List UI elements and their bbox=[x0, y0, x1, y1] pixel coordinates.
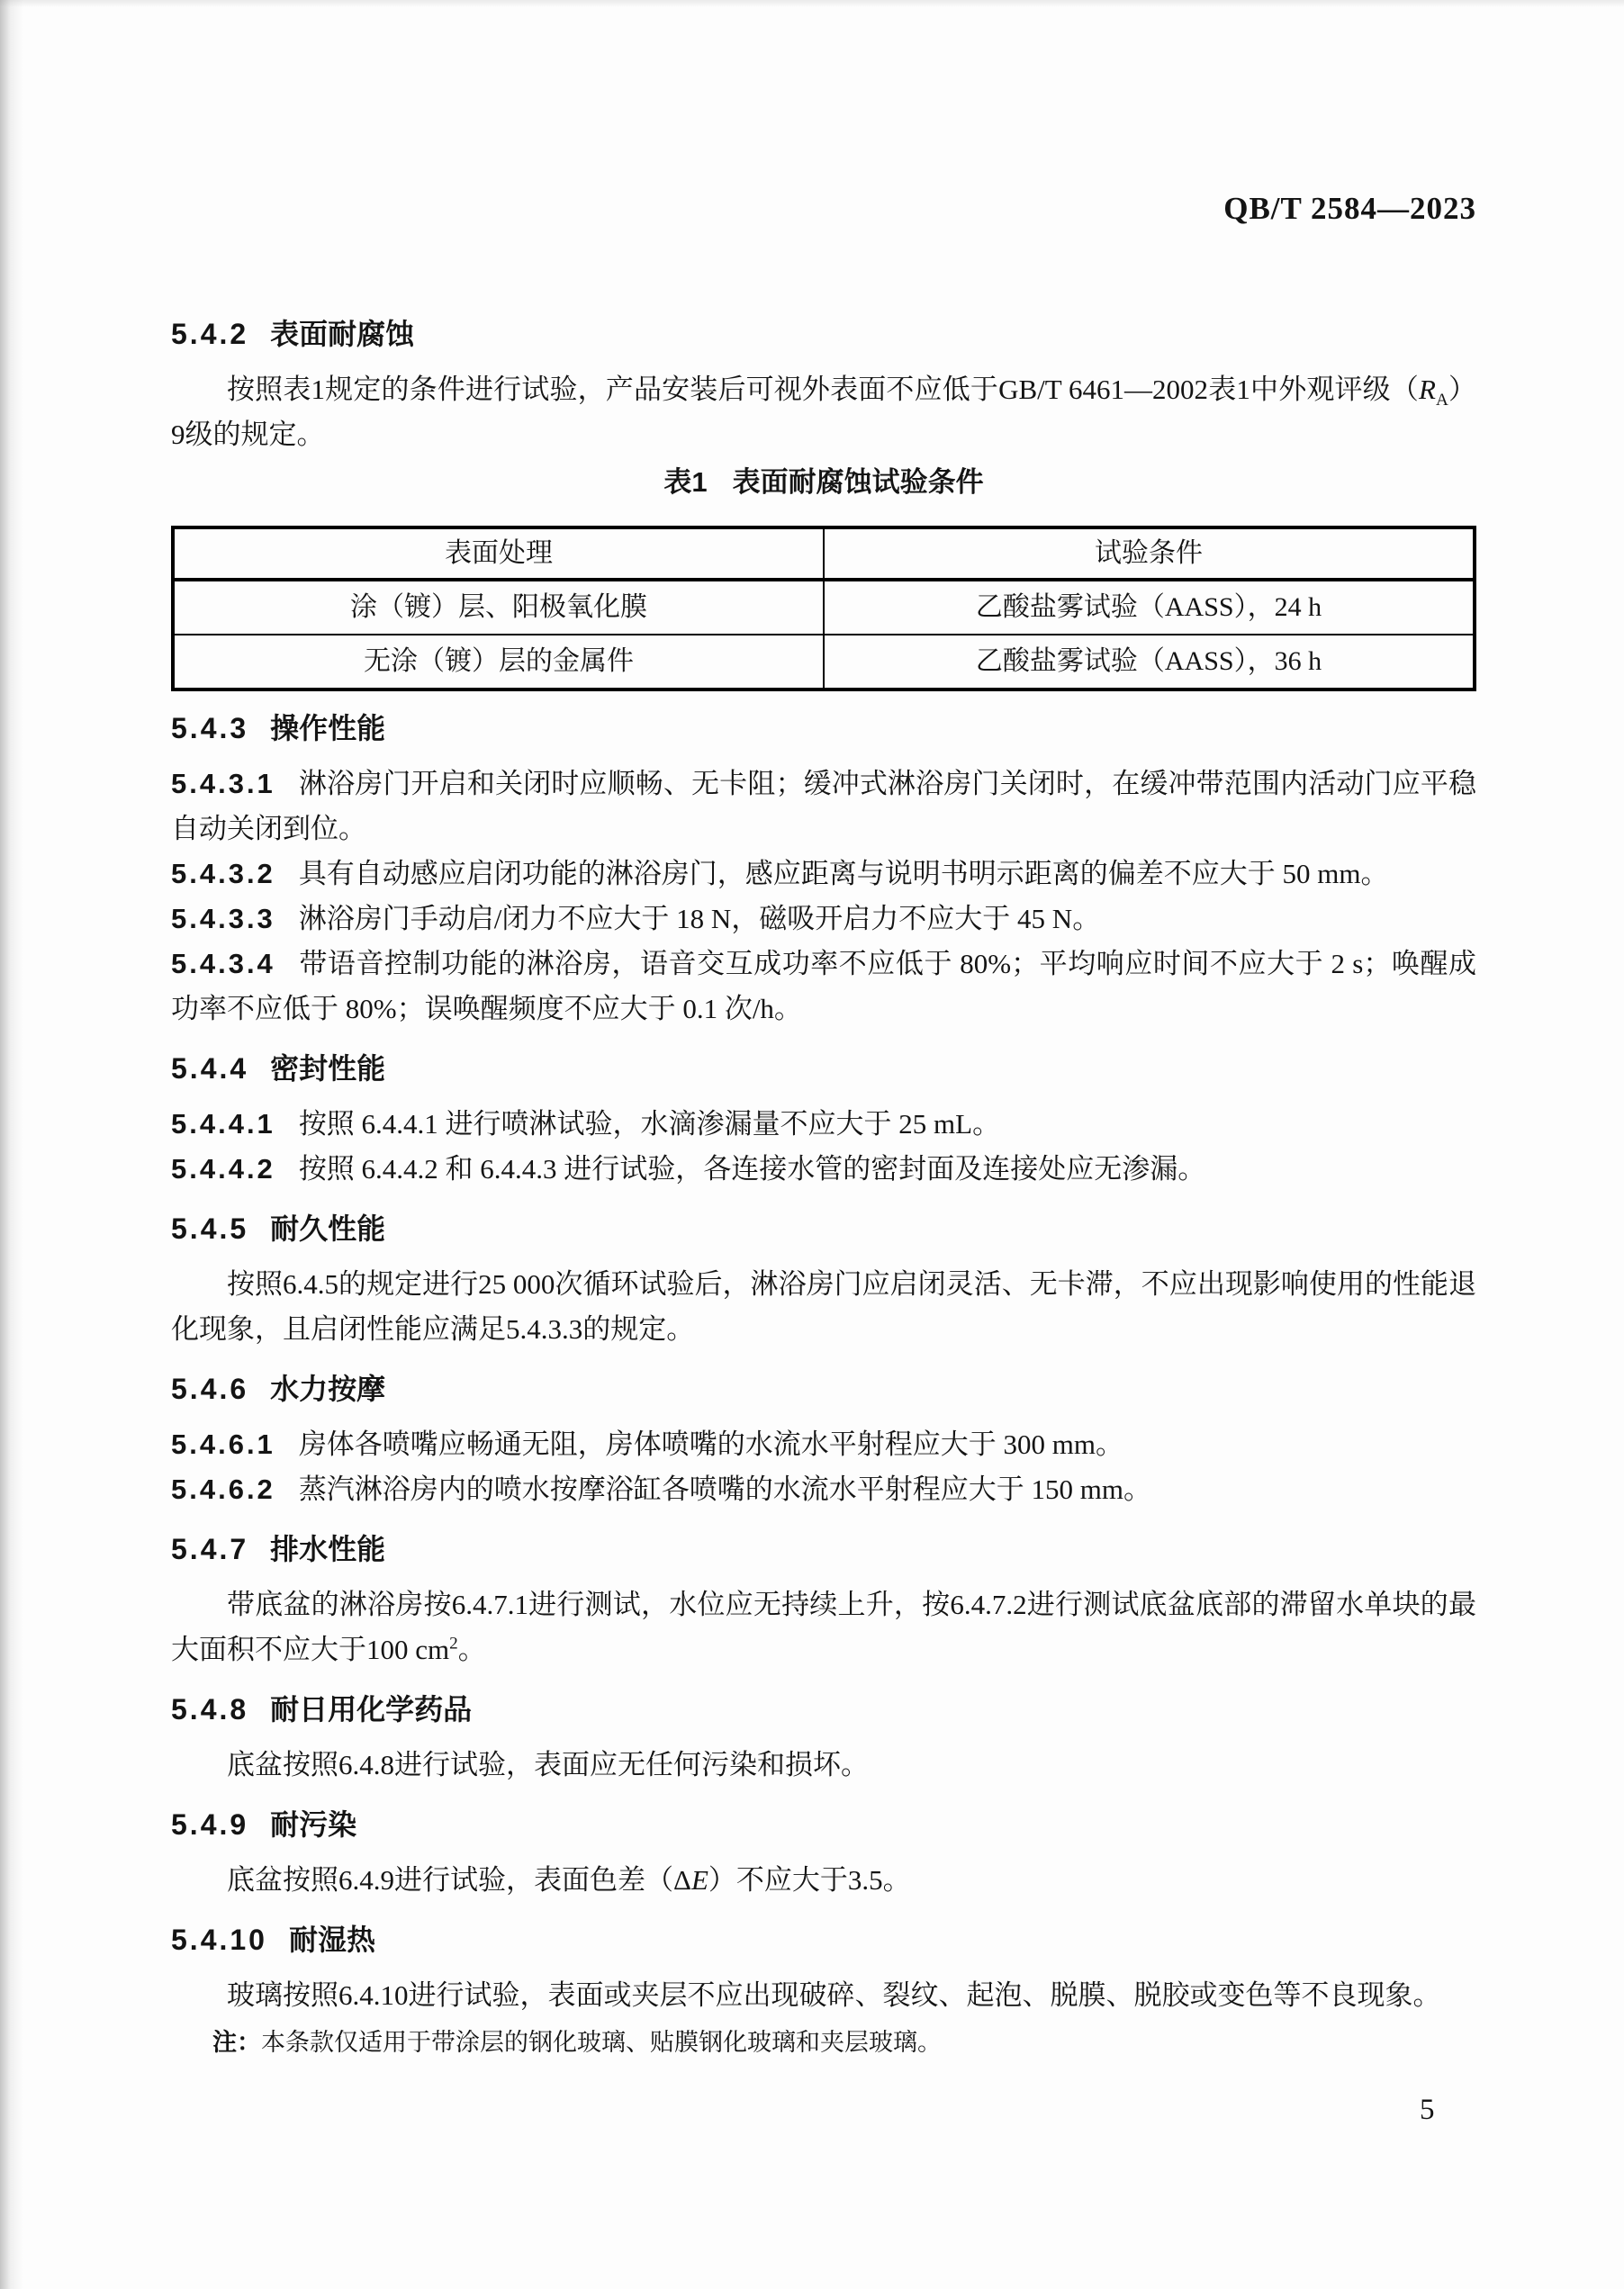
text-run: A bbox=[1436, 391, 1448, 410]
section-heading: 5.4.7排水性能 bbox=[171, 1527, 1476, 1572]
section-title: 耐久性能 bbox=[270, 1212, 385, 1245]
corrosion-test-table: 表面处理试验条件涂（镀）层、阳极氧化膜乙酸盐雾试验（AASS），24 h无涂（镀… bbox=[171, 526, 1476, 691]
text-run: 淋浴房门手动启/闭力不应大于 18 N，磁吸开启力不应大于 45 N。 bbox=[299, 903, 1100, 934]
section-title: 排水性能 bbox=[270, 1533, 385, 1565]
document-page: QB/T 2584—2023 5.4.2表面耐腐蚀按照表1规定的条件进行试验，产… bbox=[0, 0, 1624, 2289]
clause-number: 5.4.3.4 bbox=[171, 948, 275, 979]
text-run: 2 bbox=[449, 1635, 458, 1654]
clause-number: 5.4.4.1 bbox=[171, 1108, 275, 1140]
clause: 5.4.4.1按照 6.4.4.1 进行喷淋试验，水滴渗漏量不应大于 25 mL… bbox=[171, 1102, 1476, 1147]
scan-left-shade bbox=[0, 0, 23, 2289]
section-number: 5.4.9 bbox=[171, 1808, 248, 1841]
paragraph: 玻璃按照6.4.10进行试验，表面或夹层不应出现破碎、裂纹、起泡、脱膜、脱胶或变… bbox=[171, 1973, 1476, 2018]
clause: 5.4.6.2蒸汽淋浴房内的喷水按摩浴缸各喷嘴的水流水平射程应大于 150 mm… bbox=[171, 1467, 1476, 1512]
table-body: 涂（镀）层、阳极氧化膜乙酸盐雾试验（AASS），24 h无涂（镀）层的金属件乙酸… bbox=[173, 580, 1475, 689]
clause-number: 5.4.3.3 bbox=[171, 903, 275, 934]
section-number: 5.4.5 bbox=[171, 1212, 248, 1245]
section-heading: 5.4.6水力按摩 bbox=[171, 1366, 1476, 1411]
document-body: 5.4.2表面耐腐蚀按照表1规定的条件进行试验，产品安装后可视外表面不应低于GB… bbox=[171, 297, 1476, 2061]
text-run: 按照表1规定的条件进行试验，产品安装后可视外表面不应低于GB/T 6461—20… bbox=[227, 374, 1419, 405]
clause-number: 5.4.6.1 bbox=[171, 1428, 275, 1460]
text-run: 房体各喷嘴应畅通无阻，房体喷嘴的水流水平射程应大于 300 mm。 bbox=[299, 1428, 1123, 1460]
clause: 5.4.3.3淋浴房门手动启/闭力不应大于 18 N，磁吸开启力不应大于 45 … bbox=[171, 897, 1476, 942]
section-title: 表面耐腐蚀 bbox=[270, 318, 414, 350]
text-run: 底盆按照6.4.8进行试验，表面应无任何污染和损坏。 bbox=[227, 1749, 869, 1780]
text-run: 本条款仅适用于带涂层的钢化玻璃、贴膜钢化玻璃和夹层玻璃。 bbox=[261, 2029, 942, 2056]
table-caption: 表1表面耐腐蚀试验条件 bbox=[171, 459, 1476, 506]
section-number: 5.4.6 bbox=[171, 1373, 248, 1405]
table-header-row: 表面处理试验条件 bbox=[173, 527, 1475, 580]
clause: 5.4.6.1房体各喷嘴应畅通无阻，房体喷嘴的水流水平射程应大于 300 mm。 bbox=[171, 1422, 1476, 1467]
text-run: ）不应大于3.5。 bbox=[708, 1864, 911, 1896]
section-heading: 5.4.9耐污染 bbox=[171, 1802, 1476, 1847]
section-number: 5.4.3 bbox=[171, 712, 248, 744]
table-cell: 乙酸盐雾试验（AASS），24 h bbox=[824, 580, 1475, 635]
table1-block: 表1表面耐腐蚀试验条件表面处理试验条件涂（镀）层、阳极氧化膜乙酸盐雾试验（AAS… bbox=[171, 459, 1476, 691]
text-run: 按照6.4.5的规定进行25 000次循环试验后，淋浴房门应启闭灵活、无卡滞，不… bbox=[171, 1268, 1476, 1345]
section-heading: 5.4.2表面耐腐蚀 bbox=[171, 311, 1476, 356]
paragraph: 按照6.4.5的规定进行25 000次循环试验后，淋浴房门应启闭灵活、无卡滞，不… bbox=[171, 1262, 1476, 1352]
section-number: 5.4.8 bbox=[171, 1693, 248, 1726]
section-heading: 5.4.3操作性能 bbox=[171, 706, 1476, 751]
clause: 5.4.3.2具有自动感应启闭功能的淋浴房门，感应距离与说明书明示距离的偏差不应… bbox=[171, 852, 1476, 897]
section-heading: 5.4.4密封性能 bbox=[171, 1046, 1476, 1091]
scan-top-shade bbox=[0, 0, 1624, 7]
section-number: 5.4.7 bbox=[171, 1533, 248, 1565]
section-heading: 5.4.5耐久性能 bbox=[171, 1206, 1476, 1251]
section-title: 耐湿热 bbox=[289, 1924, 375, 1956]
clause: 5.4.3.4带语音控制功能的淋浴房，语音交互成功率不应低于 80%；平均响应时… bbox=[171, 942, 1476, 1032]
text-run: 按照 6.4.4.2 和 6.4.4.3 进行试验，各连接水管的密封面及连接处应… bbox=[299, 1153, 1206, 1185]
table-cell: 涂（镀）层、阳极氧化膜 bbox=[173, 580, 824, 635]
text-run: 具有自动感应启闭功能的淋浴房门，感应距离与说明书明示距离的偏差不应大于 50 m… bbox=[299, 858, 1389, 889]
text-run: 蒸汽淋浴房内的喷水按摩浴缸各喷嘴的水流水平射程应大于 150 mm。 bbox=[299, 1473, 1151, 1505]
text-run: 玻璃按照6.4.10进行试验，表面或夹层不应出现破碎、裂纹、起泡、脱膜、脱胶或变… bbox=[227, 1979, 1441, 2011]
text-run: 底盆按照6.4.9进行试验，表面色差（Δ bbox=[227, 1864, 691, 1896]
paragraph: 带底盆的淋浴房按6.4.7.1进行测试，水位应无持续上升，按6.4.7.2进行测… bbox=[171, 1582, 1476, 1672]
table-row: 涂（镀）层、阳极氧化膜乙酸盐雾试验（AASS），24 h bbox=[173, 580, 1475, 635]
section-number: 5.4.10 bbox=[171, 1924, 267, 1956]
clause-number: 5.4.6.2 bbox=[171, 1473, 275, 1505]
note-label: 注： bbox=[212, 2029, 261, 2056]
table-head: 表面处理试验条件 bbox=[173, 527, 1475, 580]
paragraph: 底盆按照6.4.9进行试验，表面色差（ΔE）不应大于3.5。 bbox=[171, 1858, 1476, 1903]
section-title: 耐污染 bbox=[270, 1808, 356, 1841]
table-caption-title: 表面耐腐蚀试验条件 bbox=[733, 466, 984, 498]
table-caption-label: 表1 bbox=[663, 466, 707, 498]
clause-number: 5.4.4.2 bbox=[171, 1153, 275, 1185]
section-title: 耐日用化学药品 bbox=[270, 1693, 472, 1726]
page-number: 5 bbox=[1420, 2094, 1435, 2127]
column-header: 试验条件 bbox=[824, 527, 1475, 580]
section-heading: 5.4.10耐湿热 bbox=[171, 1917, 1476, 1962]
standard-code: QB/T 2584—2023 bbox=[1223, 191, 1476, 226]
column-header: 表面处理 bbox=[173, 527, 824, 580]
table-row: 无涂（镀）层的金属件乙酸盐雾试验（AASS），36 h bbox=[173, 635, 1475, 689]
section-number: 5.4.4 bbox=[171, 1052, 248, 1085]
text-run: E bbox=[691, 1864, 708, 1896]
table-cell: 乙酸盐雾试验（AASS），36 h bbox=[824, 635, 1475, 689]
section-number: 5.4.2 bbox=[171, 318, 248, 350]
paragraph: 底盆按照6.4.8进行试验，表面应无任何污染和损坏。 bbox=[171, 1743, 1476, 1788]
clause: 5.4.3.1淋浴房门开启和关闭时应顺畅、无卡阻；缓冲式淋浴房门关闭时，在缓冲带… bbox=[171, 761, 1476, 852]
text-run: 按照 6.4.4.1 进行喷淋试验，水滴渗漏量不应大于 25 mL。 bbox=[299, 1108, 1000, 1140]
section-title: 操作性能 bbox=[270, 712, 385, 744]
table-cell: 无涂（镀）层的金属件 bbox=[173, 635, 824, 689]
page-header: QB/T 2584—2023 bbox=[171, 191, 1476, 227]
text-run: 带语音控制功能的淋浴房，语音交互成功率不应低于 80%；平均响应时间不应大于 2… bbox=[171, 948, 1476, 1024]
note: 注：本条款仅适用于带涂层的钢化玻璃、贴膜钢化玻璃和夹层玻璃。 bbox=[212, 2023, 1476, 2061]
section-title: 密封性能 bbox=[270, 1052, 385, 1085]
text-run: 淋浴房门开启和关闭时应顺畅、无卡阻；缓冲式淋浴房门关闭时，在缓冲带范围内活动门应… bbox=[171, 768, 1476, 844]
clause-number: 5.4.3.2 bbox=[171, 858, 275, 889]
section-title: 水力按摩 bbox=[270, 1373, 385, 1405]
clause: 5.4.4.2按照 6.4.4.2 和 6.4.4.3 进行试验，各连接水管的密… bbox=[171, 1147, 1476, 1192]
section-heading: 5.4.8耐日用化学药品 bbox=[171, 1687, 1476, 1732]
paragraph: 按照表1规定的条件进行试验，产品安装后可视外表面不应低于GB/T 6461—20… bbox=[171, 367, 1476, 457]
clause-number: 5.4.3.1 bbox=[171, 768, 275, 799]
text-run: R bbox=[1419, 374, 1436, 405]
text-run: 。 bbox=[458, 1634, 486, 1665]
text-run: 带底盆的淋浴房按6.4.7.1进行测试，水位应无持续上升，按6.4.7.2进行测… bbox=[171, 1589, 1476, 1665]
